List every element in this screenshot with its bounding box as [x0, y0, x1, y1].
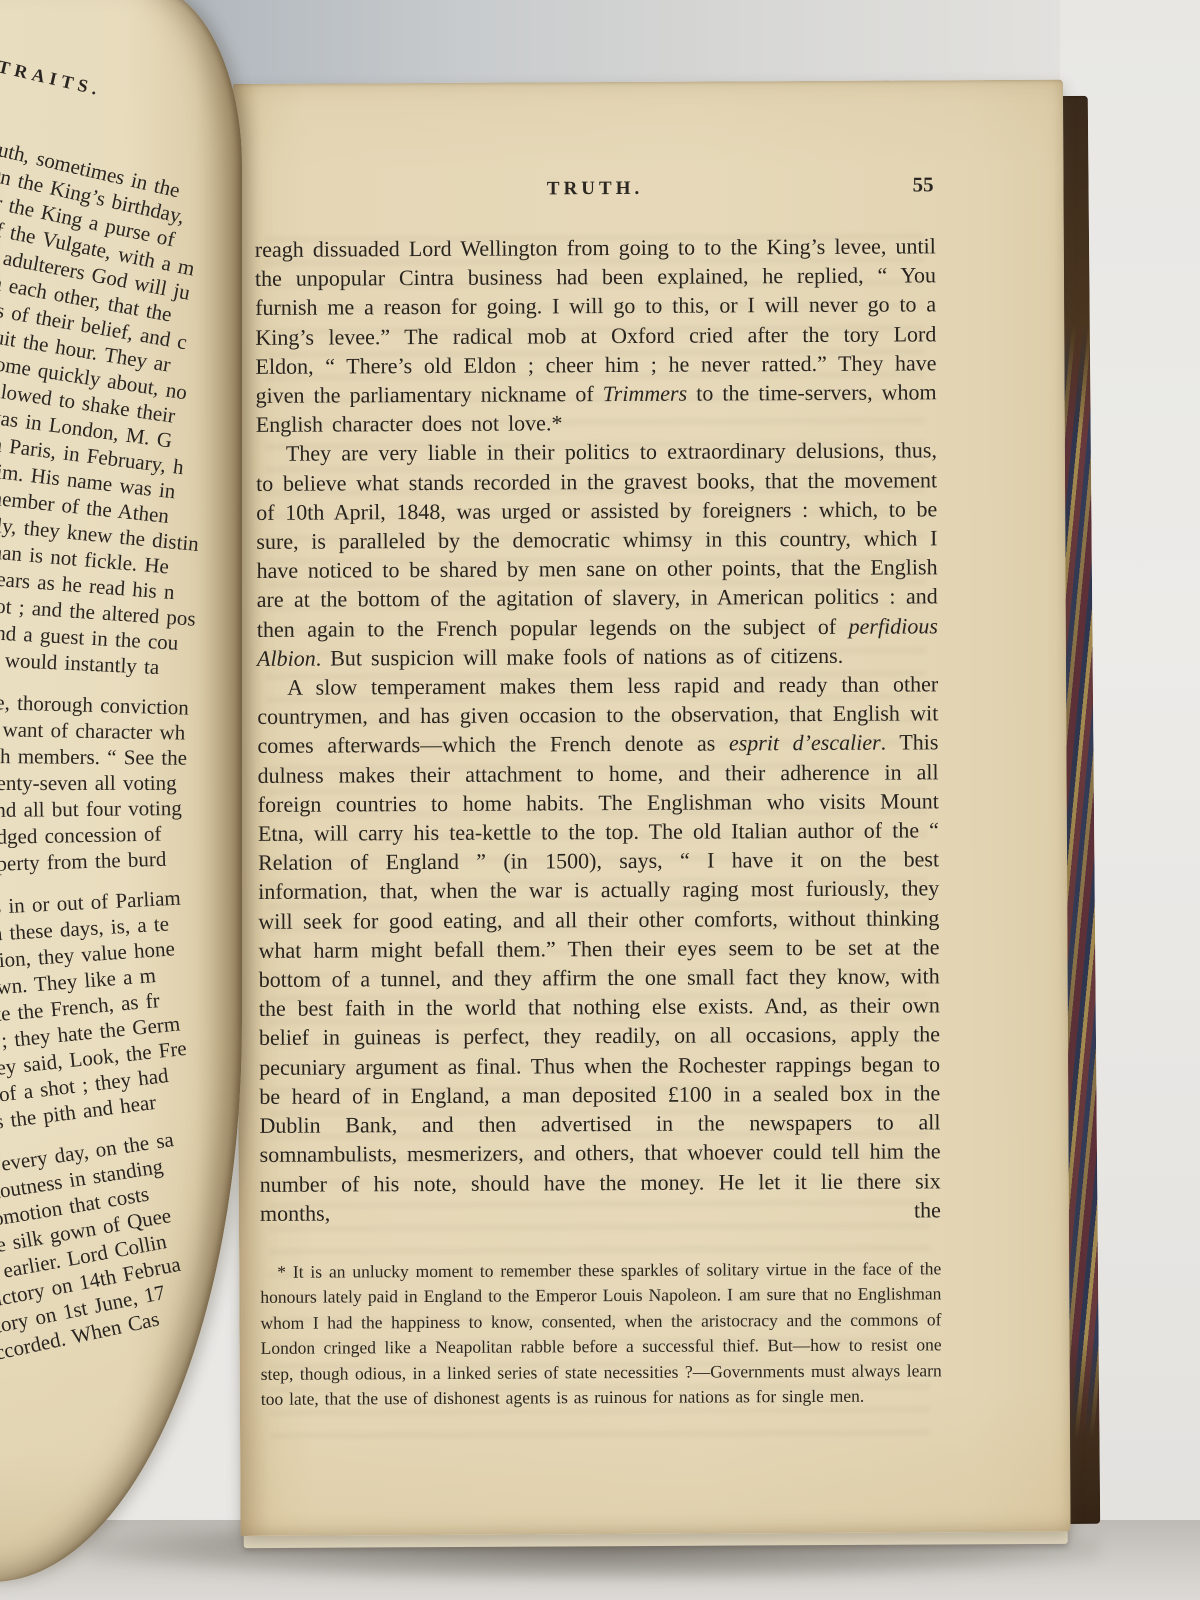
italic-text: esprit d’escalier: [729, 730, 881, 756]
right-page-surface: TRUTH. 55 reagh dissuaded Lord Wellingto…: [233, 80, 1071, 1536]
body-paragraph: They are very liable in their politics t…: [256, 436, 938, 673]
right-page: TRUTH. 55 reagh dissuaded Lord Wellingto…: [233, 80, 1071, 1536]
text-segment: . But suspicion will make fools of natio…: [316, 643, 844, 671]
footnote: * It is an unlucky moment to remember th…: [260, 1256, 942, 1412]
italic-text: Trimmers: [603, 381, 687, 406]
text-segment: * It is an unlucky moment to remember th…: [260, 1258, 941, 1409]
text-segment: They are very liable in their politics t…: [256, 438, 938, 642]
right-running-head: TRUTH.: [255, 176, 936, 202]
left-running-head: TRAITS.: [0, 56, 242, 150]
text-segment: . This dulness makes their attachment to…: [258, 730, 941, 1226]
left-page: TRAITS. truth, sometimes in theOn the Ki…: [0, 0, 242, 1582]
body-paragraph: A slow temperament makes them less rapid…: [257, 669, 941, 1227]
running-head-row: TRUTH. 55: [254, 80, 936, 210]
left-page-line: ish members. “ See the: [0, 743, 242, 773]
body-paragraph: reagh dissuaded Lord Wellington from goi…: [255, 231, 937, 439]
left-page-line: venty-seven all voting: [0, 770, 242, 797]
left-page-text: TRAITS. truth, sometimes in theOn the Ki…: [0, 56, 242, 1369]
page-body-text: reagh dissuaded Lord Wellington from goi…: [255, 231, 941, 1227]
book-photo: TRUTH. 55 reagh dissuaded Lord Wellingto…: [0, 0, 1200, 1600]
page-number: 55: [912, 172, 933, 197]
